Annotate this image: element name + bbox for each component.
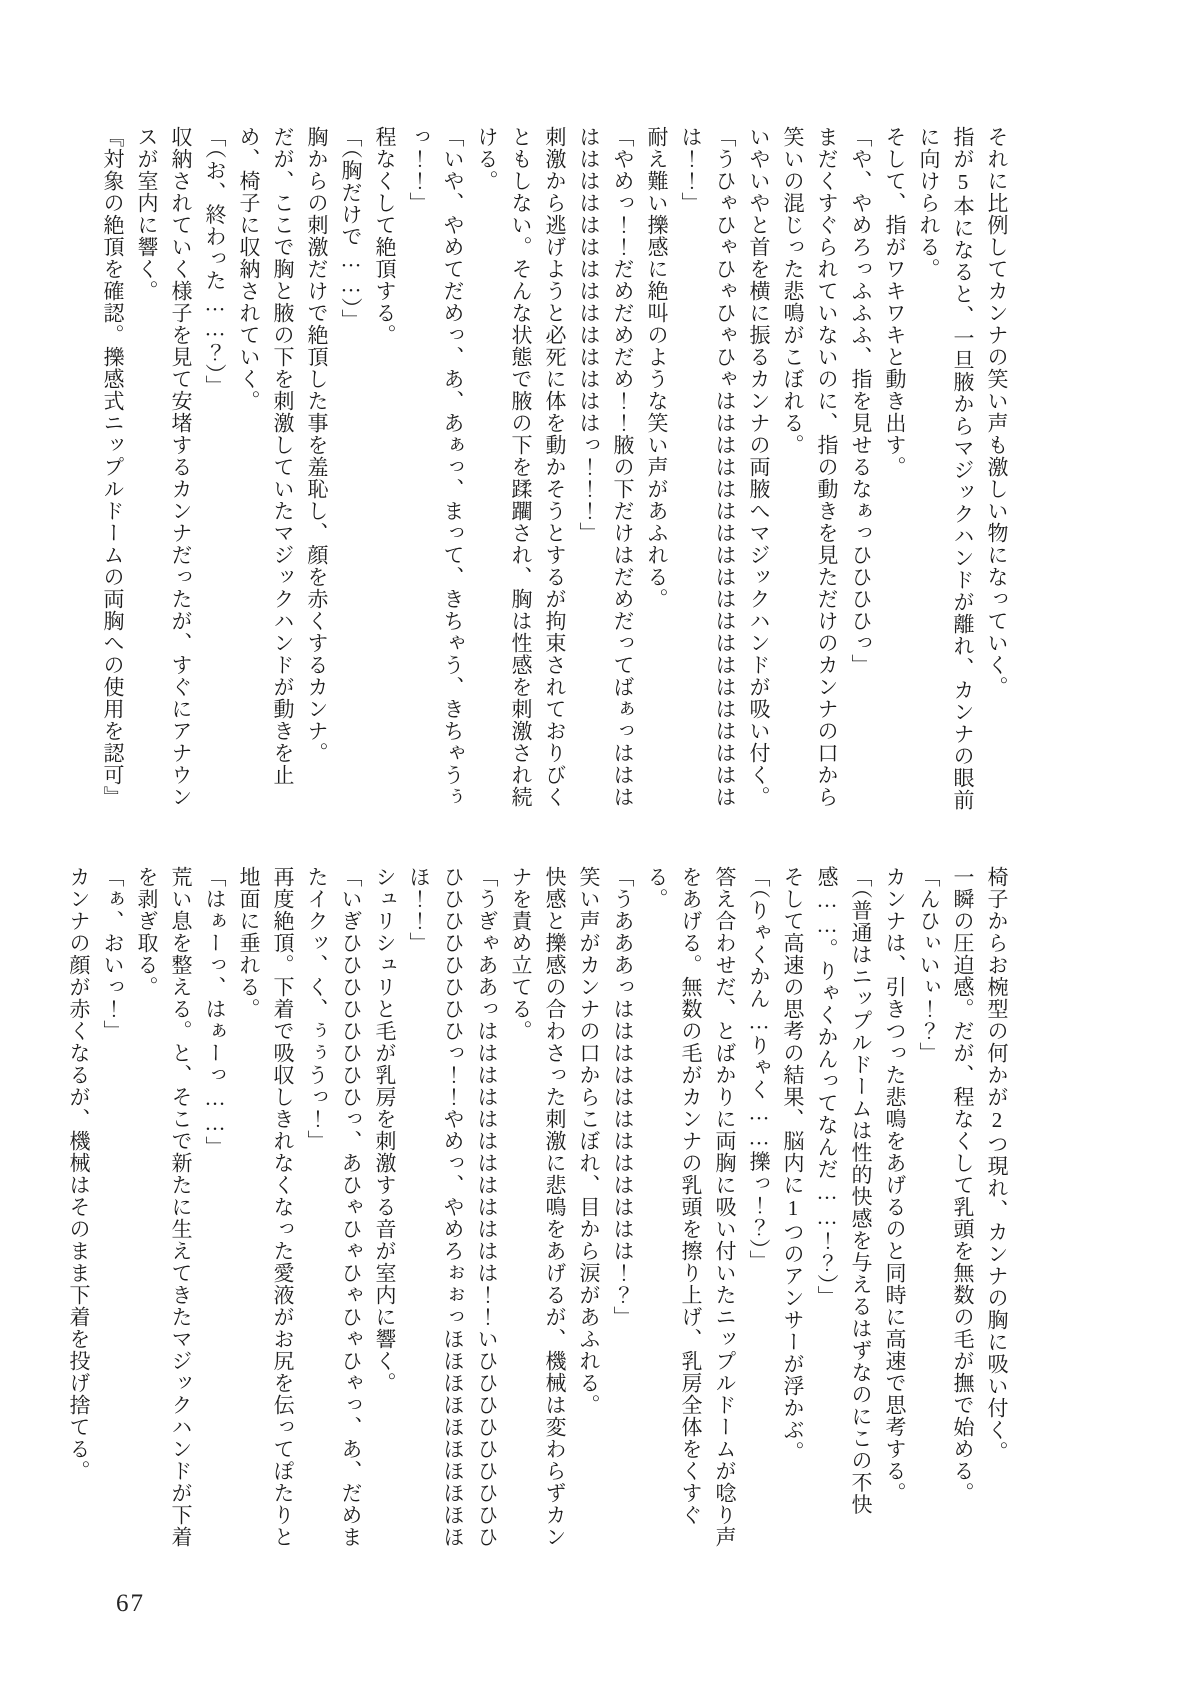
- document-page: それに比例してカンナの笑い声も激しい物になっていく。指が5本になると、一旦腋から…: [0, 0, 1200, 1695]
- paragraph: 一瞬の圧迫感。だが、程なくして乳頭を無数の毛が撫で始める。: [946, 866, 980, 1564]
- paragraph: 快感と擽感の合わさった刺激に悲鳴をあげるが、機械は変わらずカンナを責め立てる。: [504, 866, 572, 1564]
- paragraph: そして、指がワキワキと動き出す。: [878, 126, 912, 812]
- paragraph: 「うひゃひゃひゃひゃひゃはははははははははははははははははははは！！」: [674, 126, 742, 812]
- paragraph: 程なくして絶頂する。: [368, 126, 402, 812]
- text-block-bottom: 椅子からお椀型の何かが2つ現れ、カンナの胸に吸い付く。一瞬の圧迫感。だが、程なく…: [64, 866, 1014, 1564]
- paragraph: 笑い声がカンナの口からこぼれ、目から涙があふれる。: [572, 866, 606, 1564]
- paragraph: シュリシュリと毛が乳房を刺激する音が室内に響く。: [368, 866, 402, 1564]
- paragraph: 「ぁ、おいっ！」: [96, 866, 130, 1564]
- paragraph: 椅子からお椀型の何かが2つ現れ、カンナの胸に吸い付く。: [980, 866, 1014, 1564]
- paragraph: 収納されていく様子を見て安堵するカンナだったが、すぐにアナウンスが室内に響く。: [130, 126, 198, 812]
- paragraph: 荒い息を整える。と、そこで新たに生えてきたマジックハンドが下着を剥ぎ取る。: [130, 866, 198, 1564]
- paragraph: 胸からの刺激だけで絶頂した事を羞恥し、顔を赤くするカンナ。: [300, 126, 334, 812]
- paragraph: 答え合わせだ、とばかりに両胸に吸い付いたニップルドームが唸り声をあげる。無数の毛…: [640, 866, 742, 1564]
- paragraph: 「（りゃくかん…りゃく……擽っ！？）」: [742, 866, 776, 1564]
- paragraph: 「はぁーっ、はぁーっ……」: [198, 866, 232, 1564]
- paragraph: 「うぎゃああっはははははははははははは！！いひひひひひひひひひひひひひひひひひっ…: [402, 866, 504, 1564]
- paragraph: 再度絶頂。下着で吸収しきれなくなった愛液がお尻を伝ってぽたりと地面に垂れる。: [232, 866, 300, 1564]
- paragraph: それに比例してカンナの笑い声も激しい物になっていく。: [980, 126, 1014, 812]
- paragraph: 「いや、やめてだめっ、あ、あぁっ、まって、きちゃう、きちゃうぅっ！！」: [402, 126, 470, 812]
- paragraph: 「（お、終わった……？）」: [198, 126, 232, 812]
- paragraph: そして高速の思考の結果、脳内に1つのアンサーが浮かぶ。: [776, 866, 810, 1564]
- paragraph: 「んひぃいぃ！？」: [912, 866, 946, 1564]
- paragraph: 「うあああっはははははははははははは！？」: [606, 866, 640, 1564]
- paragraph: 「いぎひひひひひひひひっ、あひゃひゃひゃひゃひゃっ、あ、だめまたイクッ、く、ぅぅ…: [300, 866, 368, 1564]
- paragraph: 「や、やめろっふふふ、指を見せるなぁっひひひひっ」: [844, 126, 878, 812]
- paragraph: 「（胸だけで……）」: [334, 126, 368, 812]
- paragraph: カンナの顔が赤くなるが、機械はそのまま下着を投げ捨てる。: [62, 866, 96, 1564]
- paragraph: まだくすぐられていないのに、指の動きを見ただけのカンナの口から笑いの混じった悲鳴…: [776, 126, 844, 812]
- paragraph: だが、ここで胸と腋の下を刺激していたマジックハンドが動きを止め、椅子に収納されて…: [232, 126, 300, 812]
- text-block-top: それに比例してカンナの笑い声も激しい物になっていく。指が5本になると、一旦腋から…: [64, 126, 1014, 812]
- paragraph: 指が5本になると、一旦腋からマジックハンドが離れ、カンナの眼前に向けられる。: [912, 126, 980, 812]
- paragraph: 「（普通はニップルドームは性的快感を与えるはずなのにこの不快感……。りゃくかんっ…: [810, 866, 878, 1564]
- paragraph: カンナは、引きつった悲鳴をあげるのと同時に高速で思考する。: [878, 866, 912, 1564]
- paragraph: 『対象の絶頂を確認。擽感式ニップルドームの両胸への使用を認可』: [96, 126, 130, 812]
- paragraph: いやいやと首を横に振るカンナの両腋へマジックハンドが吸い付く。: [742, 126, 776, 812]
- paragraph: 「やめっ！！だめだめだめ！！腋の下だけはだめだってばぁっはははははははははははは…: [572, 126, 640, 812]
- paragraph: 刺激から逃げようと必死に体を動かそうとするが拘束されておりびくともしない。そんな…: [470, 126, 572, 812]
- paragraph: 耐え難い擽感に絶叫のような笑い声があふれる。: [640, 126, 674, 812]
- page-number: 67: [116, 1590, 145, 1618]
